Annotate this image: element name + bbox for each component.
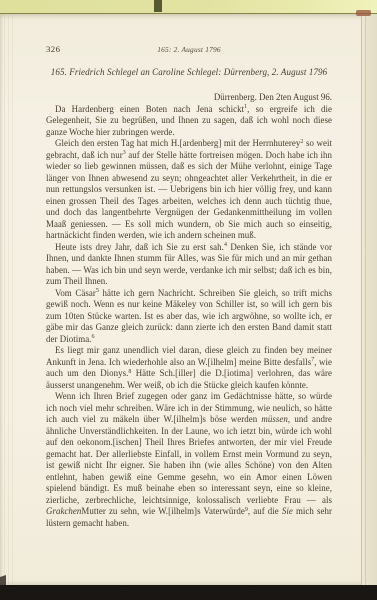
book-page: 326 165: 2. August 1796 165. Friedrich S… [0, 13, 377, 585]
page-stack-left-edges [4, 13, 16, 585]
letter-paragraph: Heute ists drey Jahr, daß ich Sie zu ers… [46, 242, 332, 288]
top-corner-mark [356, 10, 371, 16]
letter-paragraph: Wenn ich Ihren Brief zugegen oder ganz i… [46, 391, 332, 529]
letter-title: 165. Friedrich Schlegel an Caroline Schl… [46, 67, 332, 78]
top-edge-mark [154, 0, 162, 12]
book-scan: 326 165: 2. August 1796 165. Friedrich S… [0, 0, 377, 600]
page-stack-right-shade [361, 13, 377, 585]
letter-paragraph: Da Hardenberg einen Boten nach Jena schi… [46, 104, 332, 139]
letter-paragraph: Gleich den ersten Tag hat mich H.[ardenb… [46, 138, 332, 242]
page-edge-line [361, 13, 362, 585]
page-header: 326 165: 2. August 1796 [46, 44, 332, 56]
letter-paragraph: Vom Cäsar5 hätte ich gern Nachricht. Sch… [46, 288, 332, 346]
text-block: 326 165: 2. August 1796 165. Friedrich S… [46, 44, 332, 529]
letter-paragraph: Es liegt mir ganz unendlich viel daran, … [46, 345, 332, 391]
page-edge-line-faint [365, 13, 366, 585]
letter-dateline: Dürrenberg. Den 2ten August 96. [46, 92, 332, 104]
book-top-edge [0, 0, 377, 14]
book-bottom-board [0, 585, 377, 600]
running-header: 165: 2. August 1796 [46, 44, 332, 55]
